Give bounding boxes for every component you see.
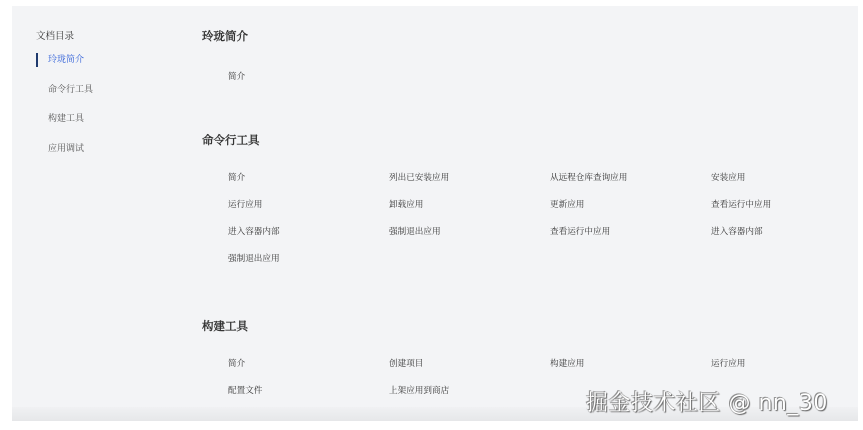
sidebar-item-label: 应用调试 [48,144,84,154]
section-linglong-intro: 玲珑简介 简介 [202,28,248,44]
doc-link[interactable]: 从远程仓库查询应用 [550,170,711,197]
sidebar-item-app-debug[interactable]: 应用调试 [36,141,93,157]
watermark: 掘金技术社区 @ nn_30 [586,386,828,417]
sidebar-title: 文档目录 [36,28,93,42]
doc-link[interactable]: 进入容器内部 [711,224,858,251]
doc-link[interactable]: 构建应用 [550,356,711,383]
section-title: 玲珑简介 [202,28,248,44]
sidebar-item-build-tools[interactable]: 构建工具 [36,111,93,127]
doc-link[interactable]: 查看运行中应用 [550,224,711,251]
section-title: 构建工具 [202,318,248,334]
section-build-tools: 构建工具 简介 创建项目 构建应用 运行应用 配置文件 上架应用到商店 [202,318,248,334]
doc-link[interactable]: 运行应用 [228,197,389,224]
doc-link[interactable]: 安装应用 [711,170,858,197]
sidebar-item-label: 构建工具 [48,114,84,124]
doc-link[interactable]: 卸载应用 [389,197,550,224]
doc-link[interactable]: 强制退出应用 [228,251,389,278]
docs-panel: 文档目录 玲珑简介 命令行工具 构建工具 应用调试 玲珑简介 简介 命令行工具 … [12,6,858,421]
doc-link[interactable]: 简介 [228,69,389,96]
sidebar-item-cli-tools[interactable]: 命令行工具 [36,82,93,98]
sidebar-item-label: 玲珑简介 [48,55,84,65]
doc-link[interactable]: 更新应用 [550,197,711,224]
section-title: 命令行工具 [202,132,260,148]
doc-link[interactable]: 列出已安装应用 [389,170,550,197]
doc-link[interactable]: 简介 [228,356,389,383]
doc-link[interactable]: 上架应用到商店 [389,383,550,410]
sidebar-item-label: 命令行工具 [48,85,93,95]
section-cli-tools: 命令行工具 简介 列出已安装应用 从远程仓库查询应用 安装应用 运行应用 卸载应… [202,132,260,148]
sidebar-item-linglong-intro[interactable]: 玲珑简介 [36,52,93,68]
doc-link[interactable]: 简介 [228,170,389,197]
doc-link[interactable]: 运行应用 [711,356,858,383]
link-grid: 简介 列出已安装应用 从远程仓库查询应用 安装应用 运行应用 卸载应用 更新应用… [228,170,858,278]
doc-link[interactable]: 创建项目 [389,356,550,383]
doc-link[interactable]: 查看运行中应用 [711,197,858,224]
doc-link[interactable]: 配置文件 [228,383,389,410]
active-indicator [36,53,38,67]
link-grid: 简介 [228,69,858,96]
sidebar-toc: 文档目录 玲珑简介 命令行工具 构建工具 应用调试 [36,28,93,170]
doc-link[interactable]: 强制退出应用 [389,224,550,251]
doc-link[interactable]: 进入容器内部 [228,224,389,251]
